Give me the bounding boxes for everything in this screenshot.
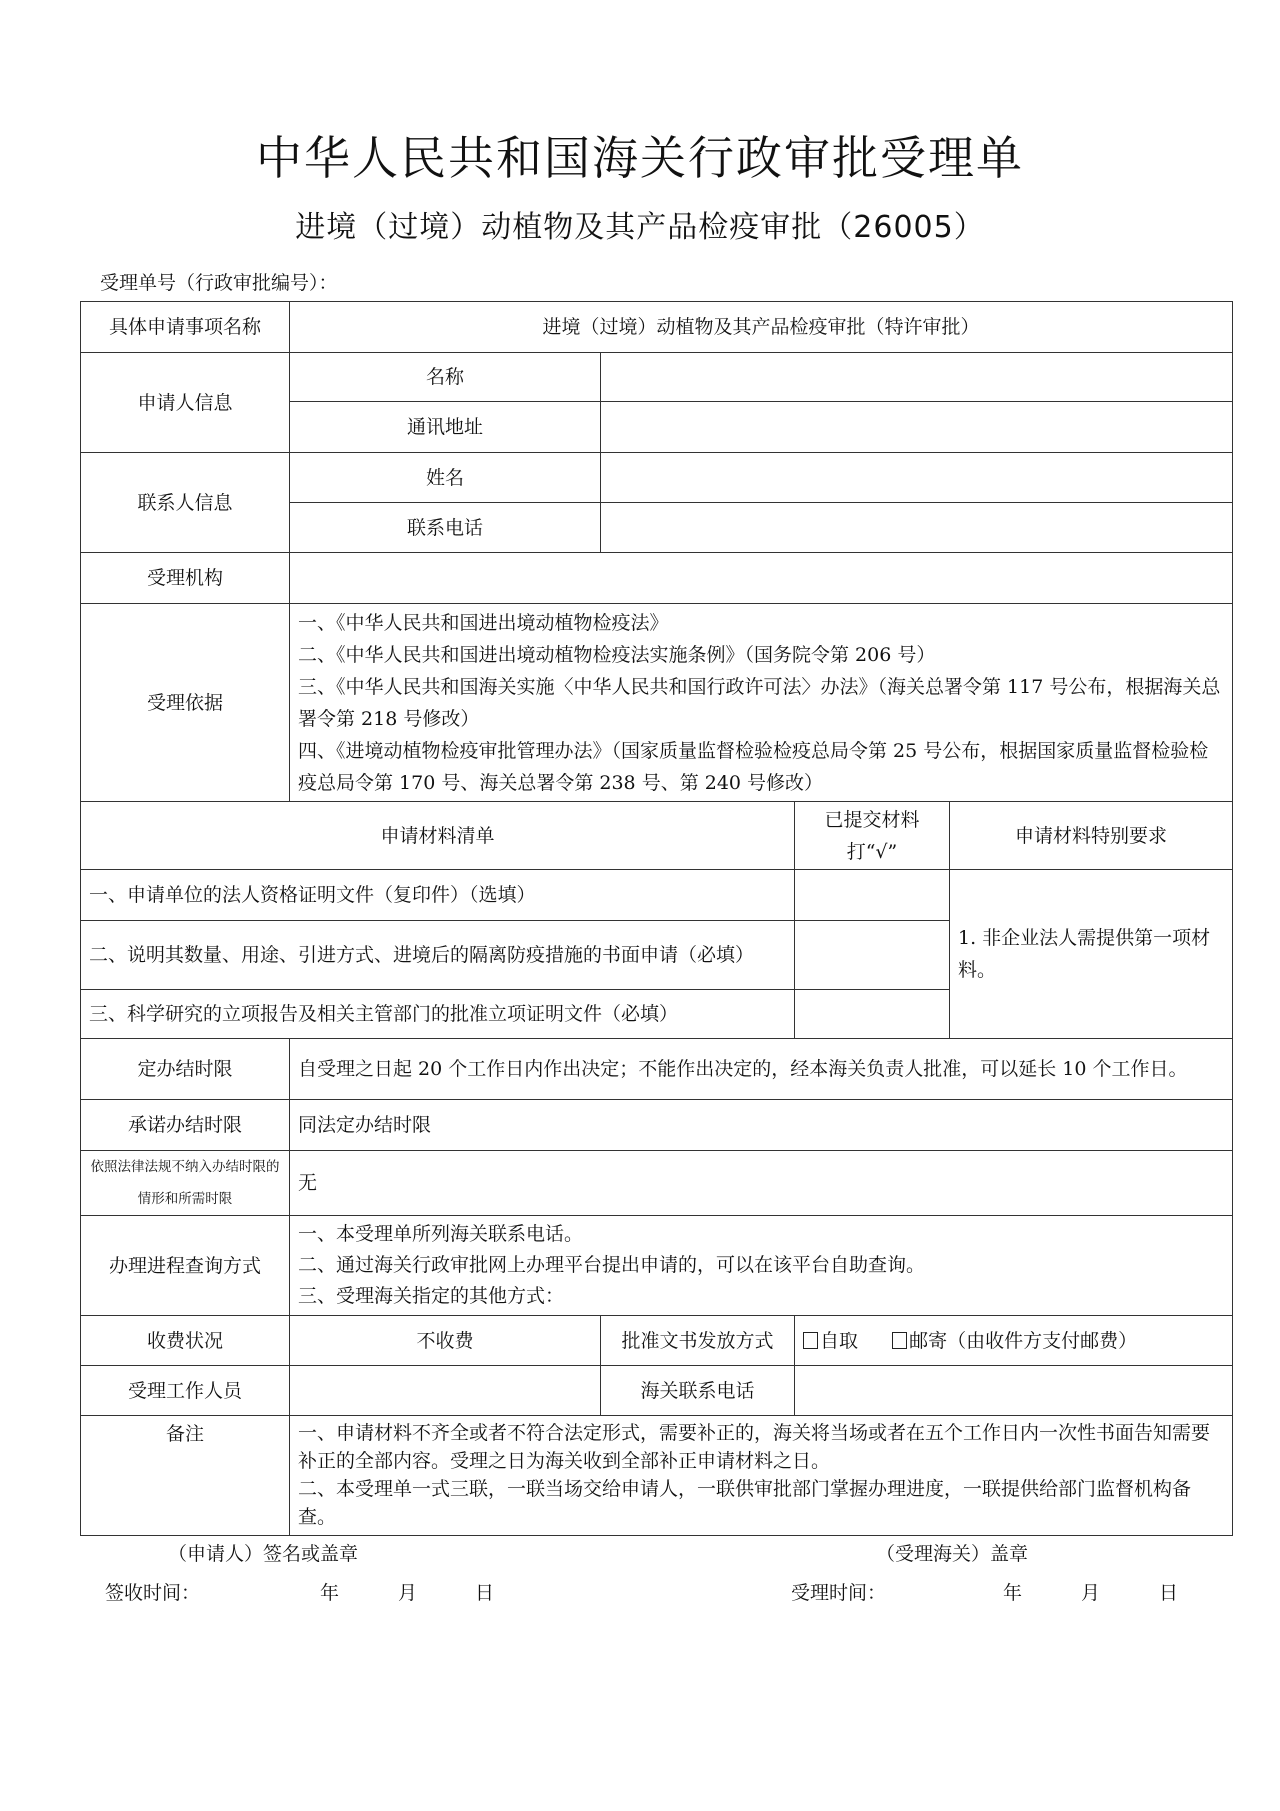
item-name-label: 具体申请事项名称 — [81, 302, 290, 353]
receipt-month: 月 — [398, 1580, 417, 1606]
accept-year: 年 — [1003, 1580, 1022, 1606]
row-excluded-time: 依照法律法规不纳入办结时限的情形和所需时限 无 — [81, 1151, 1233, 1216]
remarks-line: 二、本受理单一式三联，一联当场交给申请人，一联供审批部门掌握办理进度，一联提供给… — [298, 1475, 1224, 1531]
customs-phone-label: 海关联系电话 — [601, 1366, 795, 1416]
material-item-text: 三、科学研究的立项报告及相关主管部门的批准立项证明文件（必填） — [81, 990, 795, 1039]
staff-field[interactable] — [290, 1366, 601, 1416]
row-materials-header: 申请材料清单 已提交材料 打“√” 申请材料特别要求 — [81, 802, 1233, 870]
basis-line: 四、《进境动植物检疫审批管理办法》（国家质量监督检验检疫总局令第 25 号公布，… — [298, 735, 1224, 799]
checkbox-icon[interactable] — [892, 1332, 907, 1349]
contact-phone-field[interactable] — [601, 503, 1233, 553]
row-fee-delivery: 收费状况 不收费 批准文书发放方式 自取 邮寄（由收件方支付邮费） — [81, 1316, 1233, 1366]
page-subtitle: 进境（过境）动植物及其产品检疫审批（26005） — [0, 206, 1280, 250]
receipt-time-label: 签收时间： — [105, 1580, 200, 1606]
material-check-cell[interactable] — [795, 990, 950, 1039]
applicant-name-label: 名称 — [290, 353, 601, 402]
remarks-label: 备注 — [81, 1416, 290, 1536]
submitted-header-line: 已提交材料 — [803, 804, 941, 836]
row-contact-name: 联系人信息 姓名 — [81, 453, 1233, 503]
fee-value: 不收费 — [290, 1316, 601, 1366]
row-item-name: 具体申请事项名称 进境（过境）动植物及其产品检疫审批（特许审批） — [81, 302, 1233, 353]
materials-submitted-header: 已提交材料 打“√” — [795, 802, 950, 870]
applicant-signature-label: （申请人）签名或盖章 — [168, 1541, 358, 1567]
item-name-value: 进境（过境）动植物及其产品检疫审批（特许审批） — [290, 302, 1233, 353]
delivery-option-mail[interactable]: 邮寄（由收件方支付邮费） — [892, 1330, 1137, 1352]
promised-deadline-value: 同法定办结时限 — [290, 1100, 1233, 1151]
basis-line: 一、《中华人民共和国进出境动植物检疫法》 — [298, 607, 1224, 639]
row-promised-deadline: 承诺办结时限 同法定办结时限 — [81, 1100, 1233, 1151]
progress-query-content: 一、本受理单所列海关联系电话。 二、通过海关行政审批网上办理平台提出申请的，可以… — [290, 1216, 1233, 1316]
row-remarks: 备注 一、申请材料不齐全或者不符合法定形式，需要补正的，海关将当场或者在五个工作… — [81, 1416, 1233, 1536]
materials-requirements-header: 申请材料特别要求 — [950, 802, 1233, 870]
agency-field[interactable] — [290, 553, 1233, 604]
delivery-options: 自取 邮寄（由收件方支付邮费） — [795, 1316, 1233, 1366]
delivery-option-self-label: 自取 — [820, 1330, 858, 1352]
customs-phone-field[interactable] — [795, 1366, 1233, 1416]
materials-list-header: 申请材料清单 — [81, 802, 795, 870]
query-line: 三、受理海关指定的其他方式： — [298, 1281, 1224, 1312]
contact-name-field[interactable] — [601, 453, 1233, 503]
delivery-option-mail-label: 邮寄（由收件方支付邮费） — [909, 1330, 1137, 1352]
agency-label: 受理机构 — [81, 553, 290, 604]
remarks-content: 一、申请材料不齐全或者不符合法定形式，需要补正的，海关将当场或者在五个工作日内一… — [290, 1416, 1233, 1536]
basis-line: 二、《中华人民共和国进出境动植物检疫法实施条例》（国务院令第 206 号） — [298, 639, 1224, 671]
material-row: 一、申请单位的法人资格证明文件（复印件）（选填） 1. 非企业法人需提供第一项材… — [81, 870, 1233, 921]
checkbox-icon[interactable] — [803, 1332, 818, 1349]
material-check-cell[interactable] — [795, 870, 950, 921]
delivery-option-self[interactable]: 自取 — [803, 1330, 858, 1352]
applicant-name-field[interactable] — [601, 353, 1233, 402]
submitted-header-line: 打“√” — [803, 836, 941, 868]
legal-deadline-value: 自受理之日起 20 个工作日内作出决定；不能作出决定的，经本海关负责人批准，可以… — [290, 1039, 1233, 1100]
material-item-text: 二、说明其数量、用途、引进方式、进境后的隔离防疫措施的书面申请（必填） — [81, 921, 795, 990]
contact-name-label: 姓名 — [290, 453, 601, 503]
delivery-label: 批准文书发放方式 — [601, 1316, 795, 1366]
basis-line: 三、《中华人民共和国海关实施〈中华人民共和国行政许可法〉办法》（海关总署令第 1… — [298, 671, 1224, 735]
customs-seal-label: （受理海关）盖章 — [876, 1541, 1028, 1567]
material-check-cell[interactable] — [795, 921, 950, 990]
applicant-address-label: 通讯地址 — [290, 402, 601, 453]
material-item-text: 一、申请单位的法人资格证明文件（复印件）（选填） — [81, 870, 795, 921]
applicant-address-field[interactable] — [601, 402, 1233, 453]
accept-time-label: 受理时间： — [791, 1580, 886, 1606]
progress-query-label: 办理进程查询方式 — [81, 1216, 290, 1316]
remarks-line: 一、申请材料不齐全或者不符合法定形式，需要补正的，海关将当场或者在五个工作日内一… — [298, 1419, 1224, 1475]
row-applicant-name: 申请人信息 名称 — [81, 353, 1233, 402]
excluded-time-value: 无 — [290, 1151, 1233, 1216]
promised-deadline-label: 承诺办结时限 — [81, 1100, 290, 1151]
receipt-year: 年 — [320, 1580, 339, 1606]
page-title: 中华人民共和国海关行政审批受理单 — [0, 128, 1280, 188]
query-line: 二、通过海关行政审批网上办理平台提出申请的，可以在该平台自助查询。 — [298, 1250, 1224, 1281]
staff-label: 受理工作人员 — [81, 1366, 290, 1416]
excluded-time-label: 依照法律法规不纳入办结时限的情形和所需时限 — [81, 1151, 290, 1216]
row-agency: 受理机构 — [81, 553, 1233, 604]
query-line: 一、本受理单所列海关联系电话。 — [298, 1219, 1224, 1250]
row-legal-deadline: 定办结时限 自受理之日起 20 个工作日内作出决定；不能作出决定的，经本海关负责… — [81, 1039, 1233, 1100]
legal-deadline-label: 定办结时限 — [81, 1039, 290, 1100]
contact-phone-label: 联系电话 — [290, 503, 601, 553]
basis-content: 一、《中华人民共和国进出境动植物检疫法》 二、《中华人民共和国进出境动植物检疫法… — [290, 604, 1233, 802]
materials-requirements-text: 1. 非企业法人需提供第一项材料。 — [950, 870, 1233, 1039]
acceptance-form-table: 具体申请事项名称 进境（过境）动植物及其产品检疫审批（特许审批） 申请人信息 名… — [80, 301, 1233, 1536]
applicant-info-label: 申请人信息 — [81, 353, 290, 453]
accept-month: 月 — [1081, 1580, 1100, 1606]
row-basis: 受理依据 一、《中华人民共和国进出境动植物检疫法》 二、《中华人民共和国进出境动… — [81, 604, 1233, 802]
fee-label: 收费状况 — [81, 1316, 290, 1366]
row-progress-query: 办理进程查询方式 一、本受理单所列海关联系电话。 二、通过海关行政审批网上办理平… — [81, 1216, 1233, 1316]
contact-info-label: 联系人信息 — [81, 453, 290, 553]
basis-label: 受理依据 — [81, 604, 290, 802]
row-staff-phone: 受理工作人员 海关联系电话 — [81, 1366, 1233, 1416]
acceptance-number-label: 受理单号（行政审批编号）： — [100, 270, 338, 296]
accept-day: 日 — [1159, 1580, 1178, 1606]
receipt-day: 日 — [475, 1580, 494, 1606]
